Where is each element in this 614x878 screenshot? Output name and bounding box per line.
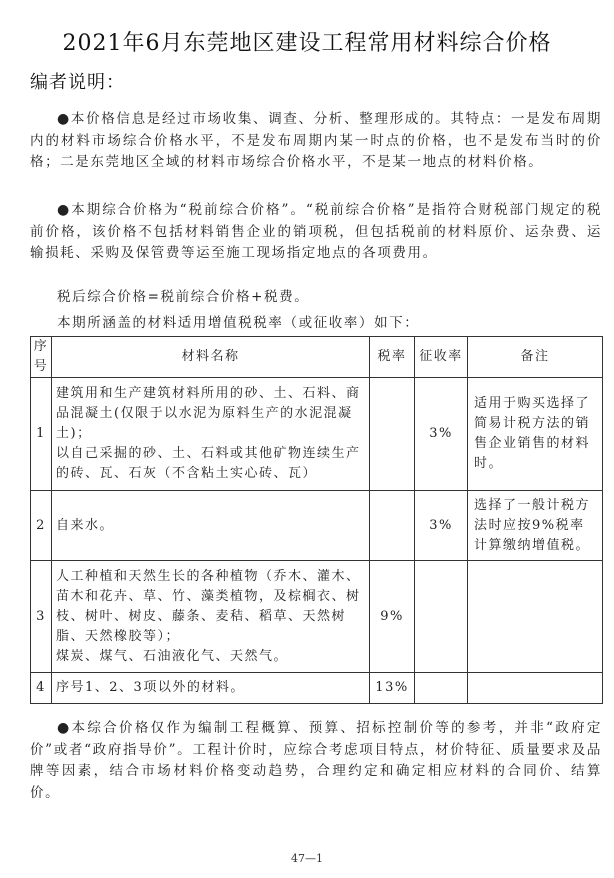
tax-rate-table: 序号 材料名称 税率 征收率 备注 1 建筑用和生产建筑材料所用的砂、土、石料、… — [30, 336, 603, 704]
header-levy-rate: 征收率 — [415, 337, 468, 378]
bullet-icon: ● — [57, 720, 72, 736]
cell-no: 1 — [31, 378, 52, 491]
cell-levy-rate: 3% — [415, 491, 468, 561]
cell-no: 4 — [31, 673, 52, 704]
paragraph-table-intro: 本期所涵盖的材料适用增值税税率（或征收率）如下： — [30, 313, 602, 335]
cell-note — [468, 673, 603, 704]
page-number: 47—1 — [0, 852, 614, 865]
bullet-icon: ● — [57, 111, 71, 127]
cell-tax-rate: 9% — [370, 561, 415, 673]
material-line: 煤炭、煤气、石油液化气、天然气。 — [56, 647, 365, 667]
header-no: 序号 — [31, 337, 52, 378]
cell-levy-rate: 3% — [415, 378, 468, 491]
header-material-name: 材料名称 — [52, 337, 370, 378]
table-row: 3 人工种植和天然生长的各种植物（乔木、灌木、苗木和花卉、草、竹、藻类植物，及棕… — [31, 561, 603, 673]
cell-material-name: 人工种植和天然生长的各种植物（乔木、灌木、苗木和花卉、草、竹、藻类植物，及棕榈衣… — [52, 561, 370, 673]
paragraph-text: 本综合价格仅作为编制工程概算、预算、招标控制价等的参考，并非“政府定价”或者“政… — [30, 720, 602, 801]
editor-note-heading: 编者说明： — [30, 68, 125, 94]
cell-levy-rate — [415, 673, 468, 704]
cell-note — [468, 561, 603, 673]
material-line: 以自己采掘的砂、土、石料或其他矿物连续生产的砖、瓦、石灰（不含粘土实心砖、瓦） — [56, 444, 365, 484]
cell-tax-rate — [370, 378, 415, 491]
document-title: 2021年6月东莞地区建设工程常用材料综合价格 — [0, 26, 614, 57]
material-line: 建筑用和生产建筑材料所用的砂、土、石料、商品混凝土(仅限于以水泥为原料生产的水泥… — [56, 384, 365, 444]
cell-levy-rate — [415, 561, 468, 673]
paragraph-formula: 税后综合价格=税前综合价格+税费。 — [30, 287, 602, 309]
paragraph-pretax-price: ●本期综合价格为“税前综合价格”。“税前综合价格”是指符合财税部门规定的税前价格… — [30, 200, 602, 265]
cell-material-name: 序号1、2、3项以外的材料。 — [52, 673, 370, 704]
cell-material-name: 建筑用和生产建筑材料所用的砂、土、石料、商品混凝土(仅限于以水泥为原料生产的水泥… — [52, 378, 370, 491]
paragraph-text: 本期综合价格为“税前综合价格”。“税前综合价格”是指符合财税部门规定的税前价格，… — [30, 202, 602, 261]
table-header-row: 序号 材料名称 税率 征收率 备注 — [31, 337, 603, 378]
cell-material-name: 自来水。 — [52, 491, 370, 561]
cell-note: 适用于购买选择了简易计税方法的销售企业销售的材料时。 — [468, 378, 603, 491]
cell-tax-rate — [370, 491, 415, 561]
bullet-icon: ● — [57, 202, 71, 218]
cell-no: 2 — [31, 491, 52, 561]
cell-note: 选择了一般计税方法时应按9%税率计算缴纳增值税。 — [468, 491, 603, 561]
cell-tax-rate: 13% — [370, 673, 415, 704]
header-tax-rate: 税率 — [370, 337, 415, 378]
paragraph-price-info: ●本价格信息是经过市场收集、调查、分析、整理形成的。其特点：一是发布周期内的材料… — [30, 109, 602, 174]
material-line: 自来水。 — [56, 516, 365, 536]
material-line: 人工种植和天然生长的各种植物（乔木、灌木、苗木和花卉、草、竹、藻类植物，及棕榈衣… — [56, 567, 365, 647]
cell-no: 3 — [31, 561, 52, 673]
table-row: 1 建筑用和生产建筑材料所用的砂、土、石料、商品混凝土(仅限于以水泥为原料生产的… — [31, 378, 603, 491]
table-row: 4 序号1、2、3项以外的材料。 13% — [31, 673, 603, 704]
paragraph-reference-only: ●本综合价格仅作为编制工程概算、预算、招标控制价等的参考，并非“政府定价”或者“… — [30, 718, 602, 804]
material-line: 序号1、2、3项以外的材料。 — [56, 678, 365, 698]
paragraph-text: 本价格信息是经过市场收集、调查、分析、整理形成的。其特点：一是发布周期内的材料市… — [30, 111, 602, 170]
header-note: 备注 — [468, 337, 603, 378]
table-row: 2 自来水。 3% 选择了一般计税方法时应按9%税率计算缴纳增值税。 — [31, 491, 603, 561]
